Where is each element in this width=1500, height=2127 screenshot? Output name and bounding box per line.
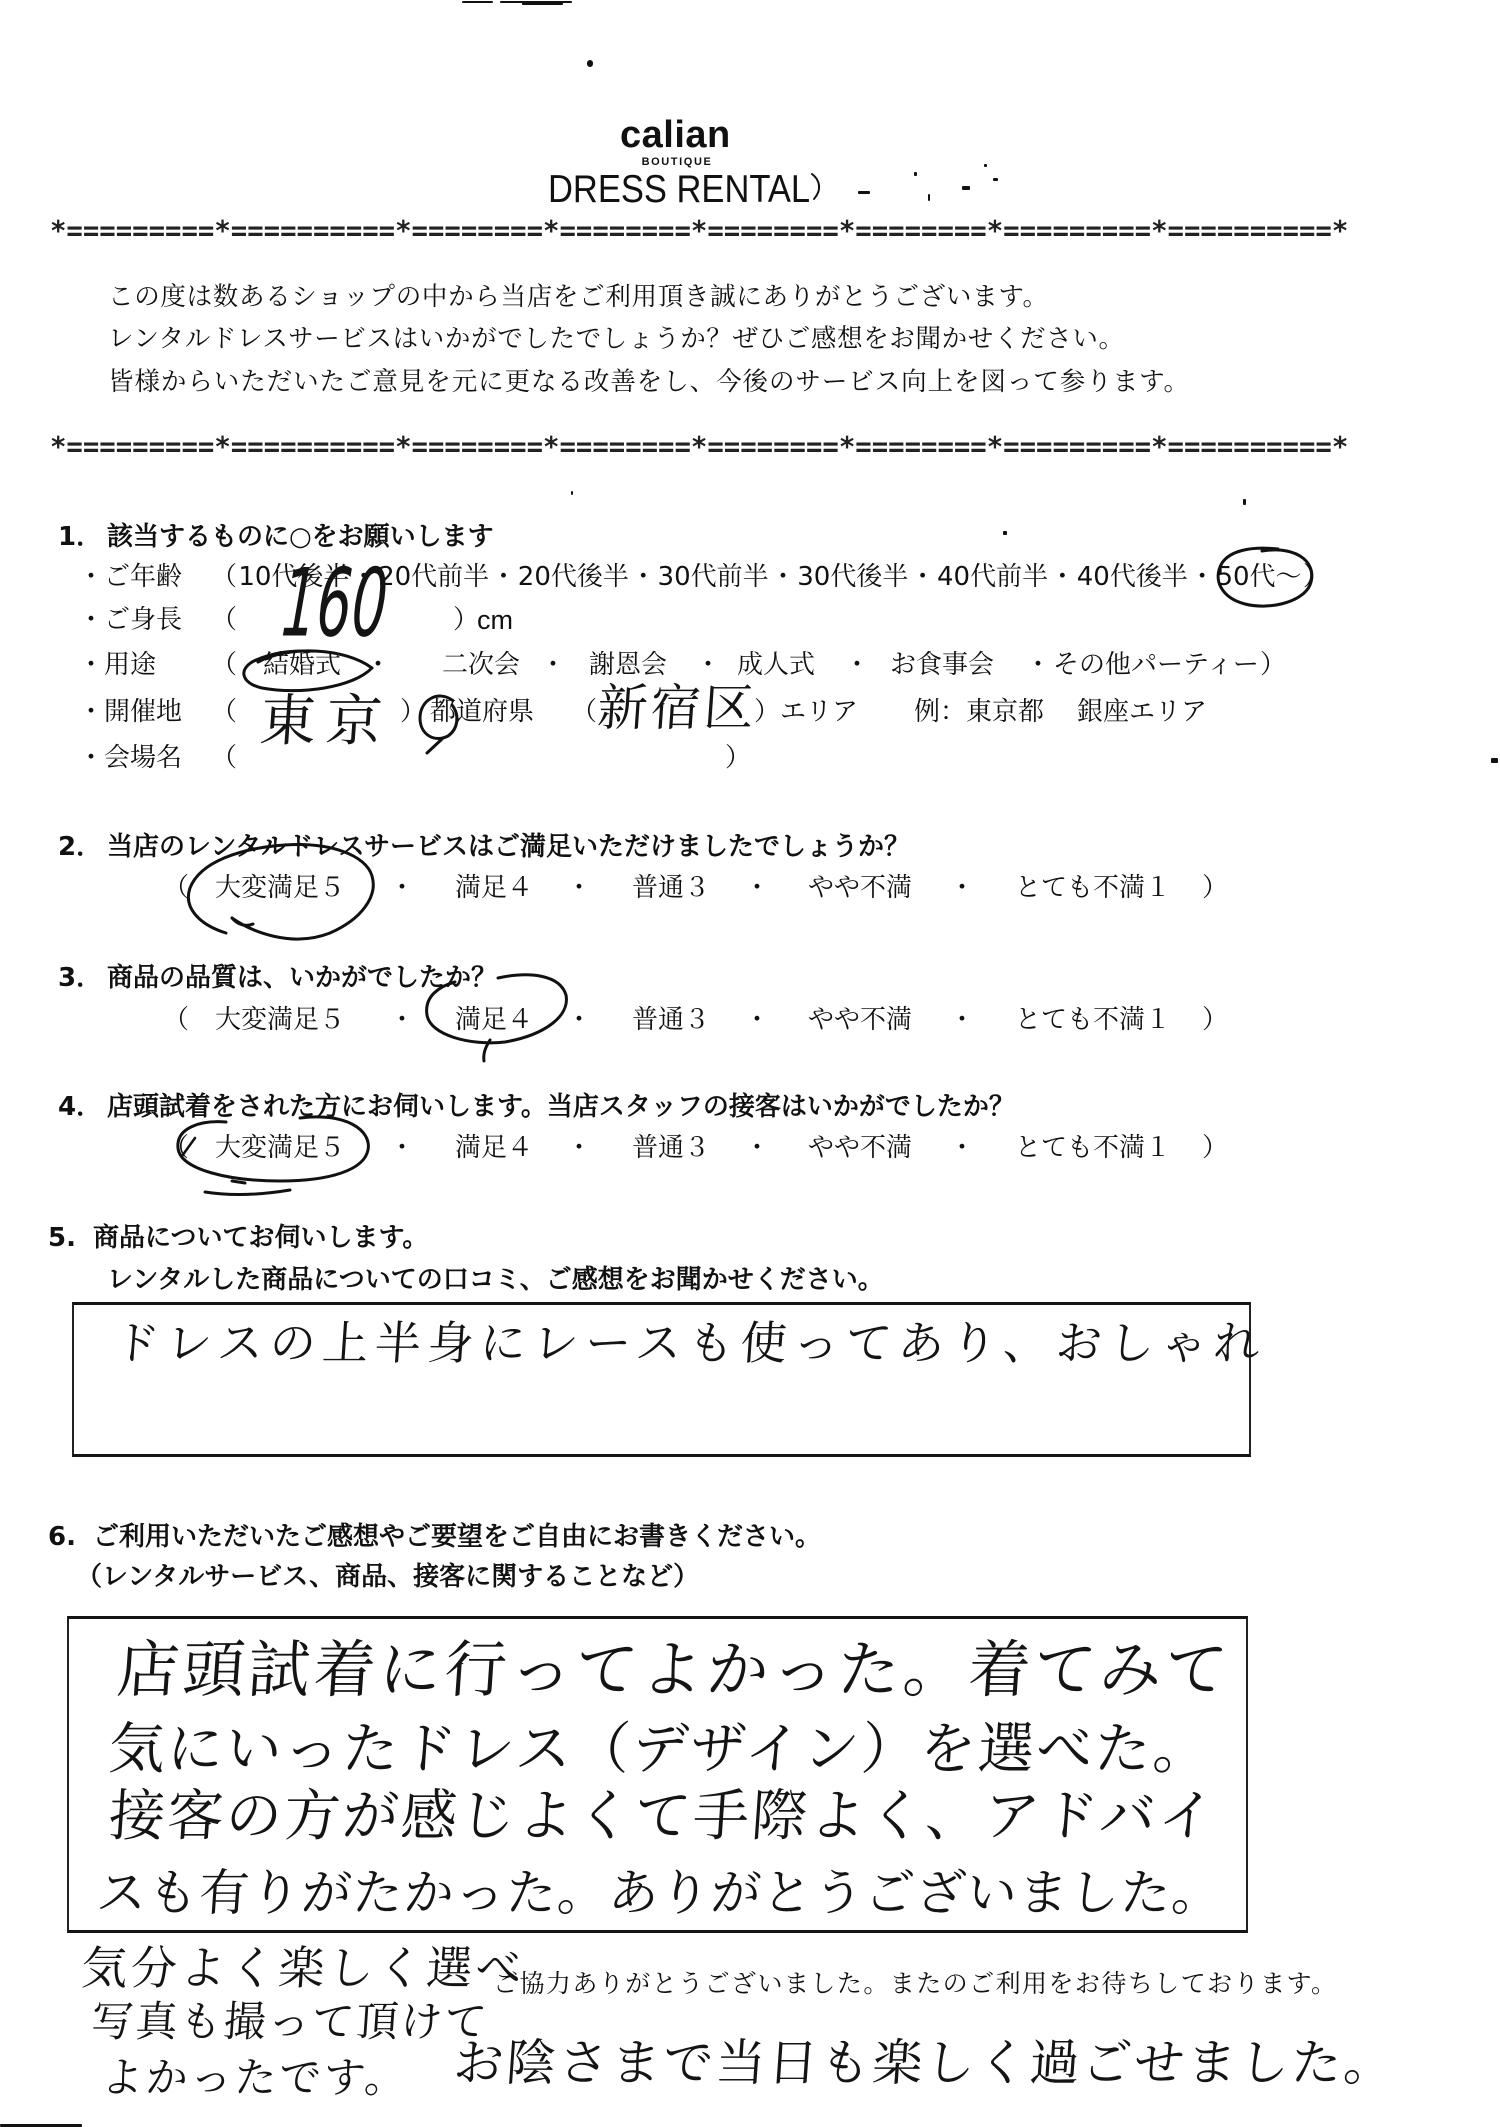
scan-speck <box>928 194 930 201</box>
scan-speck <box>984 164 987 167</box>
dot-separator: ・ <box>1049 564 1075 590</box>
paren-open: （ <box>571 699 597 725</box>
age-option: 30代後半 <box>797 564 908 590</box>
age-option: 20代前半 <box>378 564 489 590</box>
q1-number: 1． <box>58 524 102 550</box>
scan-speck <box>1243 499 1246 505</box>
scan-artifact-top-bar <box>462 1 493 3</box>
q6-answer-line: スも有りがたかった。ありがとうございました。 <box>95 1868 1223 1918</box>
q3-number: 3． <box>58 965 102 991</box>
age-option: 20代後半 <box>518 564 629 590</box>
purpose-option: お食事会 <box>890 652 994 678</box>
paren-open: （ <box>211 652 237 678</box>
age-option-selected: 50代～ <box>1216 564 1301 590</box>
scan-speck <box>1003 531 1007 535</box>
prefecture-handwritten: 東京 <box>258 694 394 750</box>
q6-continued-line: 写真も撮って頂けて <box>90 2001 488 2043</box>
scan-speck <box>993 178 998 181</box>
area-suffix: エリア <box>780 699 858 725</box>
scan-speck <box>914 172 917 176</box>
q5-answer-handwritten: ドレスの上半身にレースも使ってあり、おしゃれ <box>112 1320 1261 1366</box>
dot-separator: ・ <box>744 1135 770 1161</box>
rating-option-selected: 満足４ <box>455 1007 533 1033</box>
intro-line: この度は数あるショップの中から当店をご利用頂き誠にありがとうございます。 <box>108 285 1048 311</box>
height-unit: cm <box>477 607 513 634</box>
dot-separator: ・ <box>744 1007 770 1033</box>
paren-open: （ <box>211 564 237 590</box>
paren-close: ） <box>1260 652 1286 678</box>
q6-subtitle: （レンタルサービス、商品、接客に関することなど） <box>76 1564 699 1590</box>
dot-separator: ・ <box>1025 652 1051 678</box>
dot-separator: ・ <box>389 1007 415 1033</box>
rating-option: やや不満 <box>808 875 912 901</box>
paren-close: ） <box>725 745 751 771</box>
dot-separator: ・ <box>744 875 770 901</box>
height-value-handwritten: 160 <box>279 556 390 650</box>
q6-answer-line: 気にいったドレス（デザイン）を選べた。 <box>107 1722 1211 1778</box>
dot-separator: ・ <box>949 1135 975 1161</box>
paren-close: ） <box>453 607 479 633</box>
dot-separator: ・ <box>910 564 936 590</box>
scan-speck <box>962 186 970 190</box>
dot-separator: ・ <box>389 875 415 901</box>
age-option: 30代前半 <box>658 564 769 590</box>
q6-continued-line: お陰さまで当日も楽しく過ごせました。 <box>452 2038 1395 2088</box>
paren-close: ） <box>1303 564 1329 590</box>
dot-separator: ・ <box>949 875 975 901</box>
dot-separator: ・ <box>389 1135 415 1161</box>
q1-title: 該当するものに○をお願いします <box>107 524 494 550</box>
paren-open: （ <box>211 745 237 771</box>
paren-open: （ <box>211 699 237 725</box>
rating-option: 普通３ <box>632 1135 710 1161</box>
scan-artifact-top-bar <box>522 2 563 5</box>
rating-option: 満足４ <box>455 875 533 901</box>
height-label: ・ご身長 <box>78 607 182 633</box>
underline-stroke-q4-icon <box>205 1181 290 1194</box>
intro-line: 皆様からいただいたご意見を元に更なる改善をし、今後のサービス向上を図って参ります… <box>108 370 1189 396</box>
q6-continued-line: 気分よく楽しく選べ <box>80 1945 523 1991</box>
q6-answer-line: 接客の方が感じよくて手際よく、アドバイ <box>107 1789 1216 1845</box>
location-example: 例：東京都 <box>914 699 1044 725</box>
paren-open: （ <box>163 1135 189 1161</box>
q6-continued-line: よかったです。 <box>100 2057 408 2099</box>
dot-separator: ・ <box>844 652 870 678</box>
dot-separator: ・ <box>949 1007 975 1033</box>
dress-rental-scan-curve <box>812 174 819 199</box>
dot-separator: ・ <box>365 652 391 678</box>
rating-option: とても不満１ <box>1015 1135 1171 1161</box>
q6-title: ご利用いただいたご感想やご要望をご自由にお書きください。 <box>93 1524 821 1550</box>
q6-answer-line: 店頭試着に行ってよかった。着てみて <box>115 1639 1229 1701</box>
purpose-option: その他パーティー <box>1053 652 1259 678</box>
brand-tagline: BOUTIQUE <box>627 157 727 168</box>
location-example-area: 銀座エリア <box>1077 699 1207 725</box>
purpose-option: 成人式 <box>737 652 815 678</box>
dot-separator: ・ <box>490 564 516 590</box>
age-option: 40代後半 <box>1077 564 1188 590</box>
separator-bottom: *=========*==========*========*========*… <box>50 434 1348 461</box>
area-handwritten: 新宿区 <box>596 683 758 733</box>
paren-close: ） <box>1202 1135 1228 1161</box>
paren-open: （ <box>211 607 237 633</box>
closing-message: ご協力ありがとうございました。またのご利用をお待ちしております。 <box>493 1971 1336 1996</box>
q3-title: 商品の品質は、いかがでしたか？ <box>107 965 497 991</box>
purpose-option: 二次会 <box>442 652 520 678</box>
q6-number: 6. <box>48 1524 76 1550</box>
q2-title: 当店のレンタルドレスサービスはご満足いただけましたでしょうか？ <box>107 834 910 860</box>
scan-speck <box>1491 758 1498 763</box>
brand-service-title: DRESS RENTAL <box>548 170 810 209</box>
intro-line: レンタルドレスサービスはいかがでしたでしょうか？ぜひご感想をお聞かせください。 <box>108 327 1124 353</box>
q4-number: 4． <box>58 1094 102 1120</box>
q5-subtitle: レンタルした商品についての口コミ、ご感想をお聞かせください。 <box>107 1267 884 1293</box>
paren-open: （ <box>163 875 189 901</box>
rating-option: やや不満 <box>808 1135 912 1161</box>
paren-close: ） <box>1202 875 1228 901</box>
dot-separator: ・ <box>770 564 796 590</box>
dot-separator: ・ <box>566 875 592 901</box>
paren-open: （ <box>163 1007 189 1033</box>
scan-speck <box>858 191 870 194</box>
rating-option: とても不満１ <box>1015 1007 1171 1033</box>
location-label: ・開催地 <box>78 699 182 725</box>
purpose-option-selected: 結婚式 <box>263 652 341 678</box>
brand-logo: calian <box>620 116 731 154</box>
q5-title: 商品についてお伺いします。 <box>93 1225 428 1251</box>
rating-option-selected: 大変満足５ <box>215 1135 345 1161</box>
scan-speck <box>587 60 593 67</box>
scan-speck <box>571 491 573 495</box>
dot-separator: ・ <box>1189 564 1215 590</box>
paren-close: ） <box>1202 1007 1228 1033</box>
dot-separator: ・ <box>695 652 721 678</box>
rating-option-selected: 大変満足５ <box>215 875 345 901</box>
rating-option: とても不満１ <box>1015 875 1171 901</box>
rating-option: 大変満足５ <box>215 1007 345 1033</box>
age-label: ・ご年齢 <box>78 564 182 590</box>
dot-separator: ・ <box>630 564 656 590</box>
rating-option: 普通３ <box>632 1007 710 1033</box>
purpose-option: 謝恩会 <box>589 652 667 678</box>
q4-title: 店頭試着をされた方にお伺いします。当店スタッフの接客はいかがでしたか？ <box>107 1094 1015 1120</box>
q5-number: 5. <box>48 1225 76 1251</box>
paren-close: ） <box>400 699 426 725</box>
venue-label: ・会場名 <box>78 745 182 771</box>
separator-top: *=========*==========*========*========*… <box>50 218 1348 245</box>
rating-option: 満足４ <box>455 1135 533 1161</box>
purpose-label: ・用途 <box>78 652 156 678</box>
q2-number: 2． <box>58 834 102 860</box>
dot-separator: ・ <box>566 1135 592 1161</box>
dot-separator: ・ <box>540 652 566 678</box>
rating-option: 普通３ <box>632 875 710 901</box>
dot-separator: ・ <box>566 1007 592 1033</box>
paren-close: ） <box>754 699 780 725</box>
prefecture-suffix: 都道府県 <box>430 699 534 725</box>
rating-option: やや不満 <box>808 1007 912 1033</box>
age-option: 40代前半 <box>937 564 1048 590</box>
